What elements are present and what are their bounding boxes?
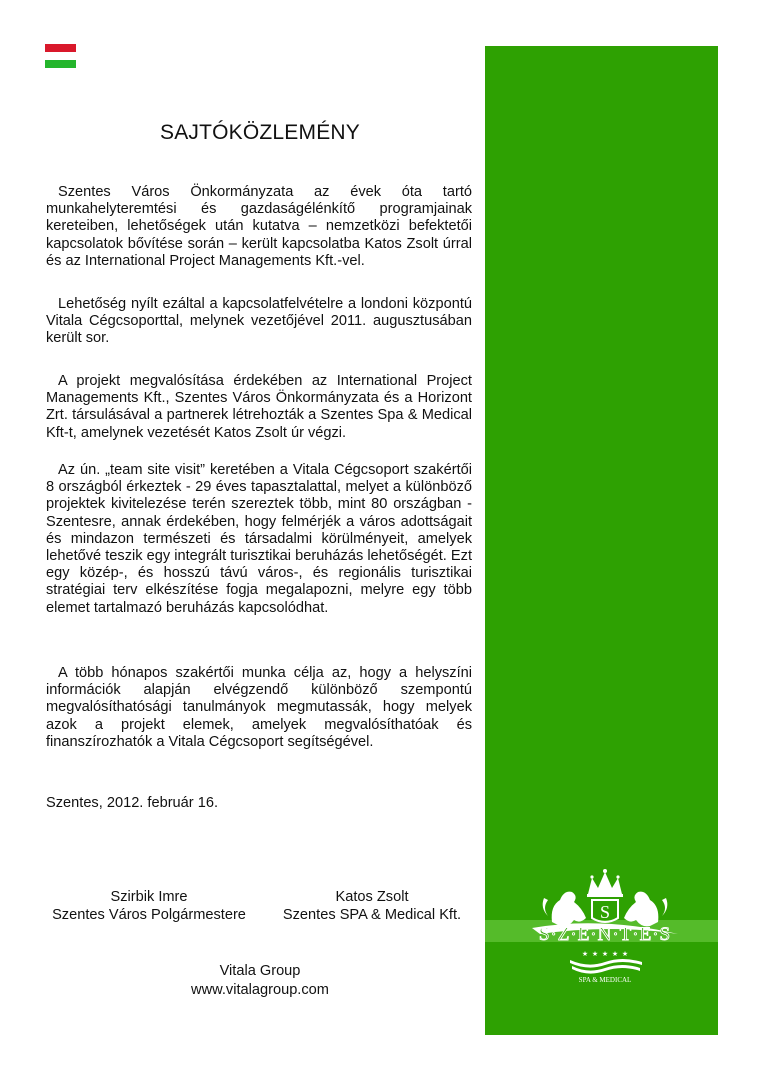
logo-wordmark: S·Z·E·N·T·E·S: [539, 924, 671, 945]
flag-green-stripe: [45, 60, 76, 68]
footer-company: Vitala Group: [150, 962, 370, 981]
hungarian-flag-icon: [45, 44, 76, 68]
footer-website: www.vitalagroup.com: [150, 981, 370, 1000]
signature-name: Szirbik Imre: [44, 888, 254, 906]
signature-block-mayor: Szirbik Imre Szentes Város Polgármestere: [44, 888, 254, 924]
signature-role: Szentes Város Polgármestere: [44, 906, 254, 924]
svg-text:★: ★: [612, 950, 618, 958]
svg-text:★: ★: [622, 950, 628, 958]
szentes-spa-logo: ★★★★★ S S·Z·E·N·T·E·S SPA & MEDICAL: [530, 864, 680, 984]
flag-white-stripe: [45, 52, 76, 60]
signature-role: Szentes SPA & Medical Kft.: [272, 906, 472, 924]
paragraph-5: A több hónapos szakértői munka célja az,…: [46, 665, 472, 751]
flag-red-stripe: [45, 44, 76, 52]
paragraph-2: Lehetőség nyílt ezáltal a kapcsolatfelvé…: [46, 296, 472, 348]
signature-block-director: Katos Zsolt Szentes SPA & Medical Kft.: [272, 888, 472, 924]
green-sidebar-panel: ★★★★★ S S·Z·E·N·T·E·S SPA & MEDICAL: [485, 46, 718, 1035]
logo-monogram: S: [600, 902, 610, 922]
paragraph-3: A projekt megvalósítása érdekében az Int…: [46, 373, 472, 442]
signature-name: Katos Zsolt: [272, 888, 472, 906]
page-title: SAJTÓKÖZLEMÉNY: [45, 121, 475, 145]
paragraph-1: Szentes Város Önkormányzata az évek óta …: [46, 184, 472, 270]
svg-text:★: ★: [582, 950, 588, 958]
paragraph-4: Az ún. „team site visit” keretében a Vit…: [46, 462, 472, 617]
crest-crown-lions-icon: ★★★★★ S S·Z·E·N·T·E·S SPA & MEDICAL: [530, 864, 680, 984]
logo-tagline: SPA & MEDICAL: [579, 976, 632, 984]
footer: Vitala Group www.vitalagroup.com: [150, 962, 370, 1000]
svg-text:★: ★: [592, 950, 598, 958]
svg-text:★: ★: [602, 950, 608, 958]
dateline: Szentes, 2012. február 16.: [46, 795, 218, 811]
